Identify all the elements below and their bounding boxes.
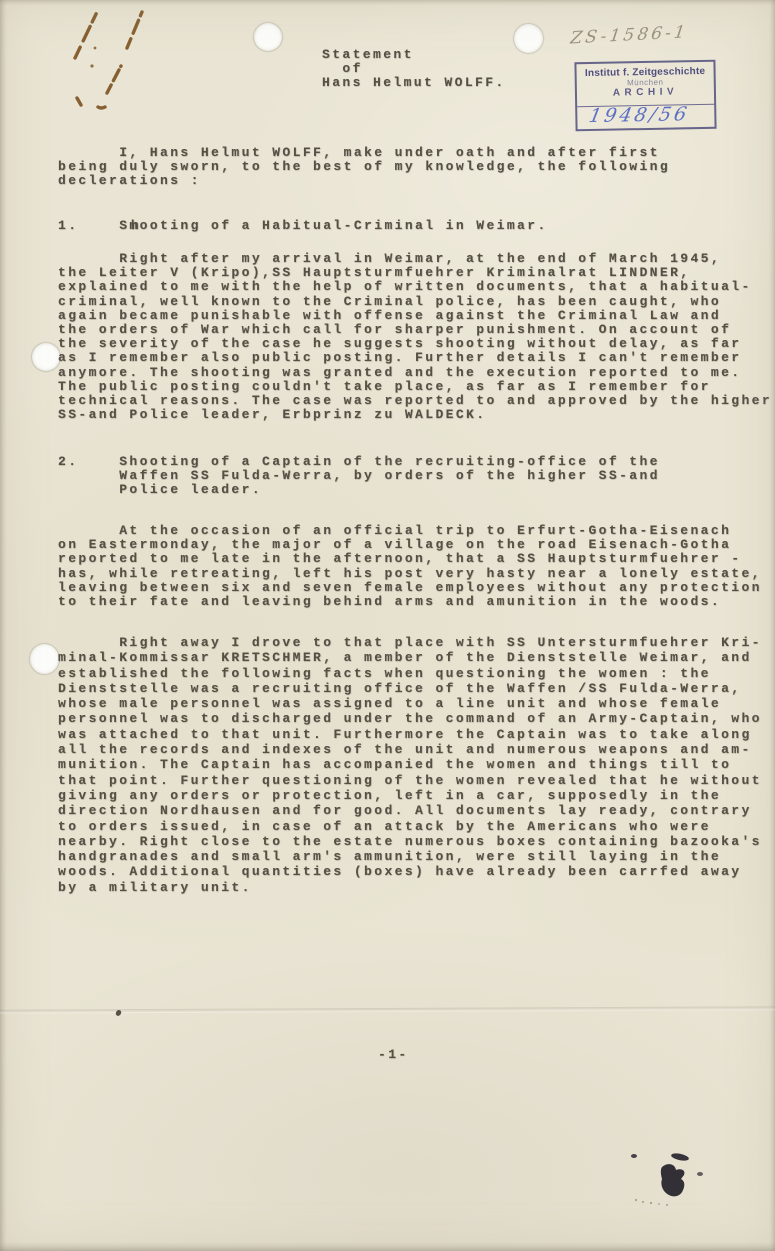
ink-main-blot [661,1164,685,1196]
stamp-number-handwritten: 1948/56 [587,103,691,127]
section-1-heading-post: ooting of a Habitual-Criminal in Weimar. [140,218,548,233]
page-number: -1- [378,1048,409,1062]
ink-dot [697,1172,703,1176]
ink-speck [115,1009,122,1016]
section-2-paragraph-1: At the occasion of an official trip to E… [58,524,762,609]
ink-dash [671,1152,690,1162]
punch-hole [32,343,60,371]
scribble-dot [90,64,93,67]
section-1-heading: 1. Smhooting of a Habitual-Criminal in W… [58,219,548,233]
scanned-document-page: ZS-1586-1 Institut f. Zeitgeschichte Mün… [0,0,775,1251]
overstrike-char-over: h [131,219,141,233]
section-2-paragraph-2: Right away I drove to that place with SS… [58,635,762,895]
section-1-heading-pre: 1. S [58,218,129,233]
scribble-stroke [98,107,105,108]
scribble-stroke [127,12,142,48]
punch-hole [254,23,282,51]
archive-reference-pencil: ZS-1586-1 [569,20,743,49]
punch-hole [514,24,543,53]
typewriter-overstrike: mh [129,219,139,233]
oath-introduction-paragraph: I, Hans Helmut WOLFF, make under oath an… [58,146,670,189]
scribble-stroke [107,66,121,93]
archive-stamp: Institut f. Zeitgeschichte München ARCHI… [574,60,716,131]
section-1-body-paragraph: Right after my arrival in Weimar, at the… [58,252,772,422]
ink-blot [600,1140,740,1230]
scribble-stroke [77,98,81,105]
section-2-heading: 2. Shooting of a Captain of the recruiti… [58,455,660,498]
ink-dot [631,1154,637,1158]
scribble-dot [94,47,97,50]
ink-scratches [635,1199,668,1206]
document-title: Statement of Hans Helmut WOLFF. [322,48,506,91]
punch-hole [30,644,59,674]
crayon-scribble-marks [50,0,200,120]
stamp-archiv-line: ARCHIV [577,86,714,99]
scribble-stroke [75,12,97,58]
